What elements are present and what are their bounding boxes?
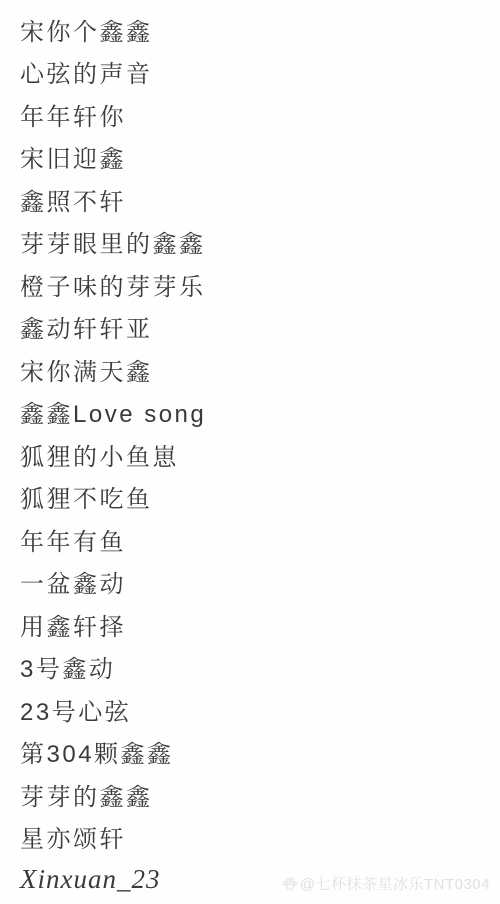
list-item: 鑫动轩轩亚 bbox=[20, 306, 500, 349]
list-item: 23号心弦 bbox=[20, 688, 500, 731]
list-item: 芽芽的鑫鑫 bbox=[20, 773, 500, 816]
list-item: 用鑫轩择 bbox=[20, 603, 500, 646]
list-item: 年年有鱼 bbox=[20, 518, 500, 561]
list-item: 宋你个鑫鑫 bbox=[20, 8, 500, 51]
list-item: 3号鑫动 bbox=[20, 646, 500, 689]
paw-icon bbox=[282, 876, 298, 892]
list-item: 鑫照不轩 bbox=[20, 178, 500, 221]
list-item: 宋旧迎鑫 bbox=[20, 136, 500, 179]
list-item: 鑫鑫Love song bbox=[20, 391, 500, 434]
list-item: 年年轩你 bbox=[20, 93, 500, 136]
watermark-text: @七杯抹茶星冰乐TNT0304 bbox=[300, 873, 490, 894]
list-item: 一盆鑫动 bbox=[20, 561, 500, 604]
list-item: 狐狸不吃鱼 bbox=[20, 476, 500, 519]
list-item: 狐狸的小鱼崽 bbox=[20, 433, 500, 476]
list-item: 宋你满天鑫 bbox=[20, 348, 500, 391]
list-item: 橙子味的芽芽乐 bbox=[20, 263, 500, 306]
nickname-list: 宋你个鑫鑫心弦的声音年年轩你宋旧迎鑫鑫照不轩芽芽眼里的鑫鑫橙子味的芽芽乐鑫动轩轩… bbox=[0, 0, 500, 901]
list-item: 心弦的声音 bbox=[20, 51, 500, 94]
list-item: 星亦颂轩 bbox=[20, 816, 500, 859]
watermark: @七杯抹茶星冰乐TNT0304 bbox=[282, 873, 490, 894]
nickname-list-page: 宋你个鑫鑫心弦的声音年年轩你宋旧迎鑫鑫照不轩芽芽眼里的鑫鑫橙子味的芽芽乐鑫动轩轩… bbox=[0, 0, 500, 904]
list-item: 芽芽眼里的鑫鑫 bbox=[20, 221, 500, 264]
list-item: 第304颗鑫鑫 bbox=[20, 731, 500, 774]
